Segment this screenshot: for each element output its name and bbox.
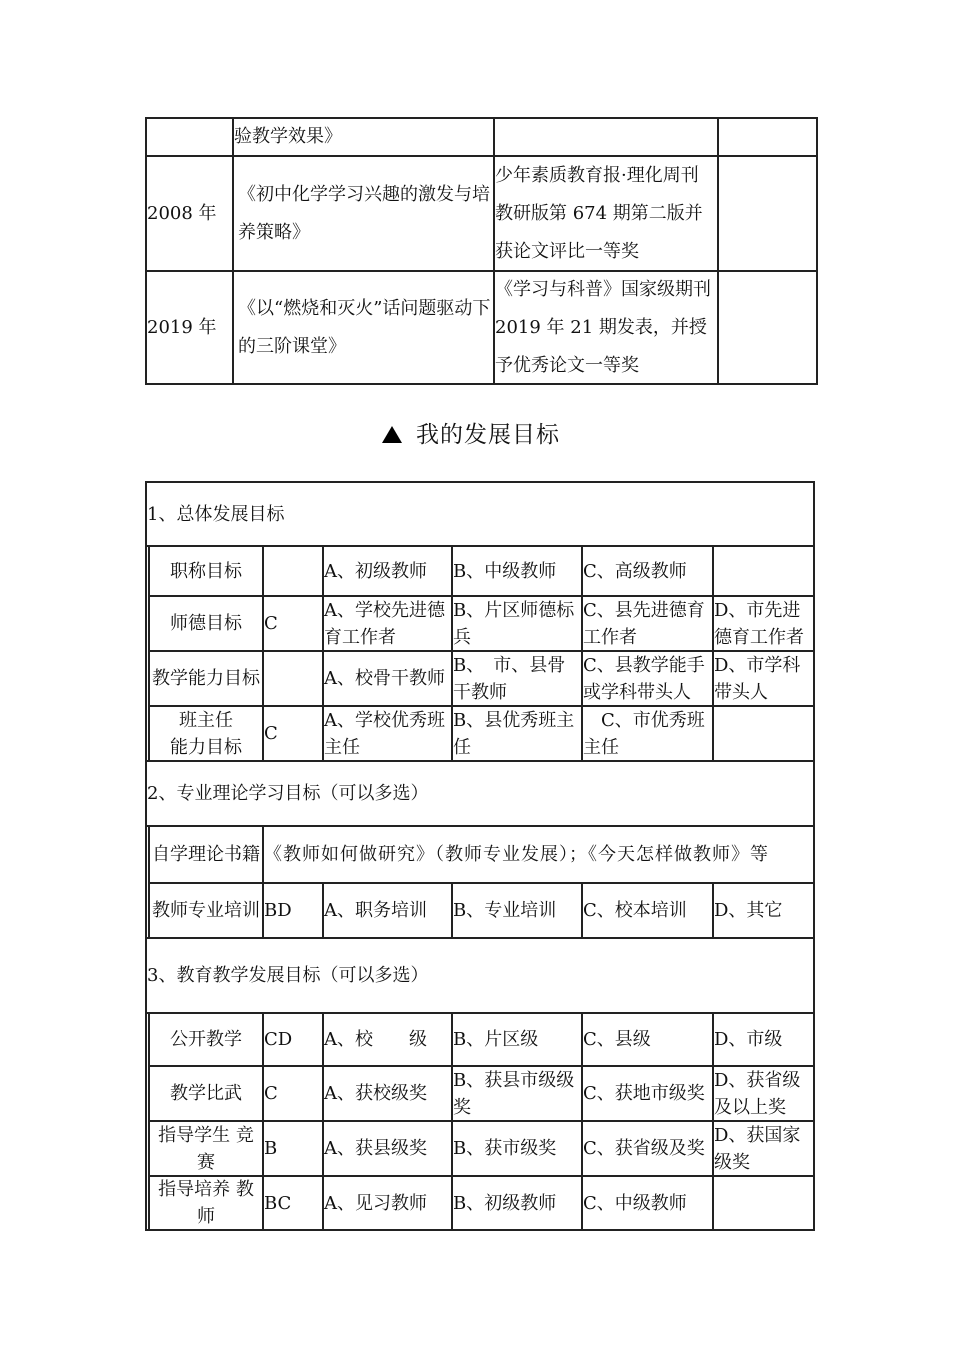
row-label: 指导培养 教师 bbox=[150, 1177, 262, 1229]
option-c: C、校本培训 bbox=[583, 884, 712, 937]
table-border bbox=[145, 1229, 815, 1231]
option-b: B、 市、县骨干教师 bbox=[453, 652, 581, 705]
option-b: B、初级教师 bbox=[453, 1177, 581, 1229]
row-label-line1: 班主任 bbox=[179, 707, 233, 734]
choice-cell[interactable]: CD bbox=[264, 1014, 322, 1065]
pub-year bbox=[147, 118, 232, 155]
option-a: A、初级教师 bbox=[324, 547, 451, 595]
option-c: C、县级 bbox=[583, 1014, 712, 1065]
option-c: C、市优秀班主任 bbox=[583, 707, 712, 760]
pub-venue bbox=[495, 118, 716, 155]
pub-title: 《初中化学学习兴趣的激发与培养策略》 bbox=[234, 157, 492, 270]
option-a: A、校骨干教师 bbox=[324, 652, 451, 705]
option-d: D、获省级及以上奖 bbox=[714, 1067, 813, 1120]
pub-venue: 《学习与科普》国家级期刊 2019 年 21 期发表，并授予优秀论文一等奖 bbox=[495, 272, 713, 383]
pub-note bbox=[719, 118, 815, 155]
choice-cell[interactable]: BD bbox=[264, 884, 322, 937]
choice-cell[interactable]: B bbox=[264, 1122, 322, 1175]
option-c: C、获省级及奖 bbox=[583, 1122, 712, 1175]
pub-note bbox=[719, 272, 815, 383]
pub-title: 《以“燃烧和灭火”话问题驱动下的三阶课堂》 bbox=[234, 272, 492, 383]
triangle-up-icon bbox=[382, 426, 402, 443]
row-label: 指导学生 竞赛 bbox=[150, 1122, 262, 1175]
option-c: C、县先进德育工作者 bbox=[583, 597, 712, 650]
row-label: 职称目标 bbox=[150, 547, 262, 595]
books-value[interactable]: 《教师如何做研究》（教师专业发展）；《今天怎样做教师》等 bbox=[264, 827, 794, 882]
option-a: A、获校级奖 bbox=[324, 1067, 451, 1120]
pub-year: 2019 年 bbox=[147, 272, 232, 383]
option-b: B、片区级 bbox=[453, 1014, 581, 1065]
option-d: D、其它 bbox=[714, 884, 813, 937]
option-b: B、获县市级级奖 bbox=[453, 1067, 581, 1120]
option-a: A、学校优秀班主任 bbox=[324, 707, 451, 760]
pub-venue: 少年素质教育报·理化周刊教研版第 674 期第二版并获论文评比一等奖 bbox=[495, 157, 713, 270]
row-label: 教师专业培训 bbox=[150, 884, 262, 937]
section-header-teaching-goals: 3、教育教学发展目标（可以多选） bbox=[147, 939, 811, 1012]
option-d bbox=[714, 707, 813, 760]
section-header-overall-goals: 1、总体发展目标 bbox=[147, 483, 811, 545]
pub-year: 2008 年 bbox=[147, 157, 232, 270]
row-label: 教学能力目标 bbox=[150, 652, 262, 705]
option-a: A、职务培训 bbox=[324, 884, 451, 937]
option-b: B、片区师德标兵 bbox=[453, 597, 581, 650]
table-border bbox=[813, 481, 815, 1231]
table-border bbox=[816, 117, 818, 385]
option-d: D、市先进德育工作者 bbox=[714, 597, 813, 650]
option-b: B、获市级奖 bbox=[453, 1122, 581, 1175]
option-a: A、学校先进德育工作者 bbox=[324, 597, 451, 650]
option-d: D、市级 bbox=[714, 1014, 813, 1065]
option-d bbox=[714, 547, 813, 595]
row-label: 师德目标 bbox=[150, 597, 262, 650]
choice-cell[interactable]: C bbox=[264, 597, 322, 650]
row-label: 公开教学 bbox=[150, 1014, 262, 1065]
option-d: D、市学科带头人 bbox=[714, 652, 813, 705]
choice-cell[interactable] bbox=[264, 652, 322, 705]
option-b: B、专业培训 bbox=[453, 884, 581, 937]
option-b: B、中级教师 bbox=[453, 547, 581, 595]
option-b: B、县优秀班主任 bbox=[453, 707, 581, 760]
section-heading-text: 我的发展目标 bbox=[416, 422, 560, 448]
option-c: C、获地市级奖 bbox=[583, 1067, 712, 1120]
option-a: A、获县级奖 bbox=[324, 1122, 451, 1175]
option-c: C、县教学能手或学科带头人 bbox=[583, 652, 712, 705]
pub-note bbox=[719, 157, 815, 270]
option-c: C、高级教师 bbox=[583, 547, 712, 595]
option-a: A、校 级 bbox=[324, 1014, 451, 1065]
table-border bbox=[145, 481, 147, 1231]
choice-cell[interactable] bbox=[264, 547, 322, 595]
row-label: 教学比武 bbox=[150, 1067, 262, 1120]
option-d bbox=[714, 1177, 813, 1229]
option-d: D、获国家级奖 bbox=[714, 1122, 813, 1175]
row-label: 自学理论书籍 bbox=[150, 827, 262, 882]
section-header-theory-learning: 2、专业理论学习目标（可以多选） bbox=[147, 762, 811, 825]
option-a: A、见习教师 bbox=[324, 1177, 451, 1229]
choice-cell[interactable]: BC bbox=[264, 1177, 322, 1229]
choice-cell[interactable]: C bbox=[264, 707, 322, 760]
pub-title: 验教学效果》 bbox=[234, 118, 492, 155]
row-label-line2: 能力目标 bbox=[170, 734, 242, 761]
choice-cell[interactable]: C bbox=[264, 1067, 322, 1120]
section-heading: 我的发展目标 bbox=[382, 416, 560, 449]
row-label: 班主任 能力目标 bbox=[150, 707, 262, 760]
option-c: C、中级教师 bbox=[583, 1177, 712, 1229]
